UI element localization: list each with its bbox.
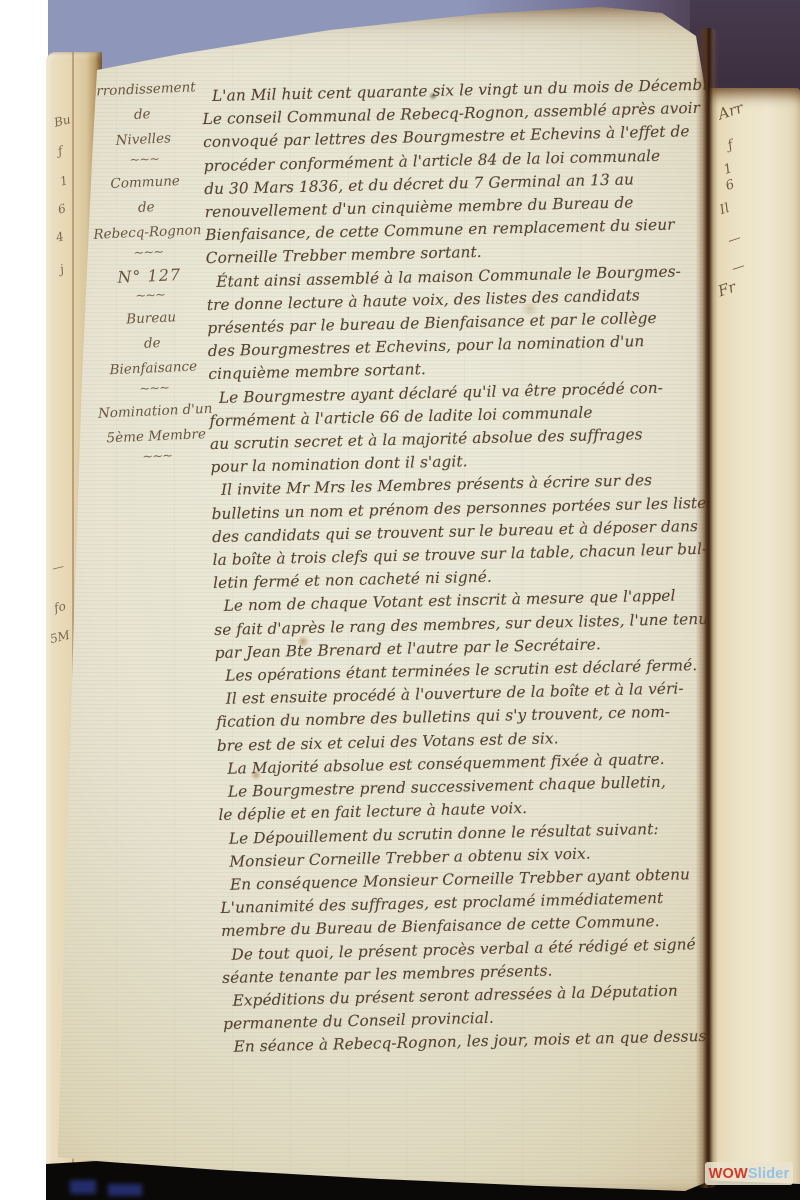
right-page-fragment: 6	[724, 177, 737, 194]
left-edge-fragment: 5M	[49, 628, 72, 646]
left-edge-fragment: fo	[52, 599, 67, 615]
margin-act-number: N° 127 ~~~	[80, 260, 220, 307]
right-page-fragment: ƒ	[726, 138, 735, 154]
margin-bureau: Bureau de Bienfaisance ~~~	[82, 303, 224, 400]
margin-nomination: Nomination d'un 5ème Membre ~~~	[86, 396, 227, 468]
right-page-fragment: Il	[718, 201, 731, 218]
next-page-edge: Arrƒ16Il——Fr	[706, 88, 800, 1192]
page-content: Arrondissement de Nivelles ~~~ Commune d…	[0, 0, 800, 1200]
watermark-wow-text: WOW	[709, 1166, 748, 1182]
right-page-fragment: Arr	[716, 99, 746, 124]
manuscript-photo: Buƒ164j—fo5M Arrƒ16Il——Fr Arrondissement…	[0, 0, 800, 1200]
right-page-fragment: Fr	[716, 278, 738, 301]
blue-ink-mark	[70, 1180, 96, 1194]
manuscript-page: Arrondissement de Nivelles ~~~ Commune d…	[0, 0, 800, 1200]
watermark-slider-text: Slider	[748, 1166, 790, 1182]
left-edge-fragment: 6	[56, 201, 67, 216]
left-edge-fragment: Bu	[53, 112, 72, 130]
book-gutter-crease	[696, 28, 718, 1188]
right-page-fragment: —	[726, 230, 743, 248]
body-text: L'an Mil huit cent quarante six le vingt…	[202, 74, 729, 1060]
left-edge-fragment: j	[58, 262, 65, 276]
right-page-fragment: 1	[722, 161, 735, 178]
left-edge-fragment: 1	[58, 173, 69, 188]
left-edge-fragment: —	[50, 559, 65, 575]
blue-ink-mark	[108, 1184, 142, 1196]
right-page-fragment: —	[730, 258, 747, 276]
left-edge-fragment: 4	[54, 229, 65, 244]
wowslider-watermark[interactable]: WOWSlider	[705, 1162, 793, 1185]
left-edge-fragment: ƒ	[56, 144, 64, 159]
margin-commune: Commune de Rebecq-Rognon ~~~	[76, 168, 218, 265]
